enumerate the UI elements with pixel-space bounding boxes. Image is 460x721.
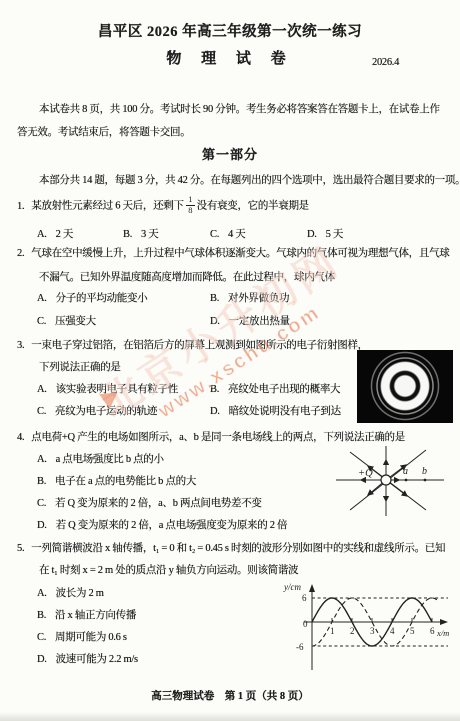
point-a-label: a: [403, 466, 408, 477]
xtick-1: 1: [330, 626, 335, 636]
ytick-0: 0: [303, 619, 308, 629]
option-label: C.: [37, 632, 46, 643]
q4-number: 4.: [17, 432, 24, 443]
x-axis-label: x/m: [436, 628, 449, 638]
option-text: 亮纹处电子出现的概率大: [228, 384, 340, 395]
option-label: C.: [37, 316, 46, 327]
option-label: D.: [307, 229, 317, 240]
option-label: A.: [37, 229, 47, 240]
option-label: B.: [210, 293, 219, 304]
option-label: B.: [37, 476, 46, 487]
q1-option-c: C.4 天: [210, 226, 246, 241]
notice-line-2: 答无效。考试结束后，将答题卡交回。: [17, 124, 190, 139]
option-label: D.: [210, 316, 220, 327]
option-label: D.: [37, 654, 47, 665]
q4-option-b: B.电子在 a 点的电势能比 b 点的大: [37, 473, 196, 488]
q4-option-a: A.a 点电场强度比 b 点的小: [37, 451, 164, 466]
q2-stem-line1: 2.气球在空中缓慢上升，上升过程中气球体积逐渐变大。气球内的气体可视为理想气体，…: [17, 245, 449, 260]
option-text: 3 天: [141, 229, 158, 240]
part1-heading: 第一部分: [0, 144, 460, 163]
q3-stem-line1: 3.一束电子穿过铝箔，在铝箔后方的屏幕上观测到如图所示的电子衍射图样，: [17, 337, 368, 352]
q1-option-d: D.5 天: [307, 226, 343, 241]
option-text: 电子在 a 点的电势能比 b 点的大: [55, 476, 196, 487]
option-label: D.: [210, 406, 220, 417]
q3-stem-line2: 下列说法正确的是: [39, 359, 121, 374]
q5-stem-line2: 在 t₁ 时刻 x = 2 m 处的质点沿 y 轴负方向运动。则该简谐波: [39, 562, 298, 577]
scan-edge-shadow: [0, 712, 460, 721]
option-label: C.: [210, 229, 219, 240]
option-label: A.: [37, 293, 47, 304]
notice-line-1: 本试卷共 8 页，共 100 分。考试时长 90 分钟。考生务必将答案答在答题卡…: [39, 101, 440, 116]
q1-stem-post: 没有衰变，它的半衰期是: [197, 201, 309, 212]
exam-page: 昌平区 2026 年高三年级第一次统一练习 物 理 试 卷 2026.4 本试卷…: [0, 0, 460, 721]
xtick-5: 5: [410, 626, 415, 636]
option-text: 对外界做负功: [228, 293, 289, 304]
point-charge-field-figure: +Q a b: [330, 440, 460, 540]
q3-option-d: D.暗纹处说明没有电子到达: [210, 403, 341, 418]
q2-number: 2.: [17, 248, 24, 259]
x-ticks: [332, 618, 432, 622]
point-b-dot: [424, 479, 427, 482]
page-title: 昌平区 2026 年高三年级第一次统一练习: [0, 20, 460, 41]
charge-circle: [381, 475, 391, 485]
q3-stem-text: 一束电子穿过铝箔，在铝箔后方的屏幕上观测到如图所示的电子衍射图样，: [31, 340, 368, 351]
option-label: B.: [210, 384, 219, 395]
option-label: A.: [37, 454, 47, 465]
q5-option-a: A.波长为 2 m: [37, 585, 104, 600]
electron-diffraction-figure: [357, 350, 453, 423]
part1-intro: 本部分共 14 题，每题 3 分，共 42 分。在每题列出的四个选项中，选出最符…: [39, 172, 460, 187]
ytick-neg6: -6: [296, 642, 304, 652]
option-label: B.: [37, 610, 46, 621]
x-axis-arrow: [440, 619, 448, 625]
q5-option-c: C.周期可能为 0.6 s: [37, 629, 127, 644]
option-text: 分子的平均动能变小: [56, 293, 148, 304]
q2-option-b: B.对外界做负功: [210, 290, 289, 305]
option-label: B.: [123, 229, 132, 240]
q3-option-c: C.亮纹为电子运动的轨迹: [37, 403, 157, 418]
option-label: D.: [37, 520, 47, 531]
option-text: 一定放出热量: [229, 316, 290, 327]
q3-option-b: B.亮纹处电子出现的概率大: [210, 381, 340, 396]
q1-stem: 1.某放射性元素经过 6 天后，还剩下18没有衰变，它的半衰期是: [17, 195, 309, 216]
fraction-one-eighth: 18: [186, 195, 195, 216]
option-label: A.: [37, 588, 47, 599]
q4-option-d: D.若 Q 变为原来的 2 倍，a 点电场强度变为原来的 2 倍: [37, 517, 287, 532]
option-text: 周期可能为 0.6 s: [55, 632, 127, 643]
option-text: 5 天: [326, 229, 343, 240]
q5-stem-text: 一列简谐横波沿 x 轴传播，t₁ = 0 和 t₂ = 0.45 s 时刻的波形…: [31, 543, 445, 554]
option-text: 压强变大: [55, 316, 96, 327]
option-text: 2 天: [56, 229, 73, 240]
option-label: C.: [37, 498, 46, 509]
xtick-2: 2: [350, 626, 355, 636]
option-text: 4 天: [228, 229, 245, 240]
q5-number: 5.: [17, 543, 24, 554]
xtick-6: 6: [430, 626, 435, 636]
option-label: C.: [37, 406, 46, 417]
exam-date: 2026.4: [372, 57, 399, 68]
q3-option-a: A.该实验表明电子具有粒子性: [37, 381, 178, 396]
option-text: 若 Q 变为原来的 2 倍，a、b 两点间电势差不变: [55, 498, 262, 509]
q2-option-a: A.分子的平均动能变小: [37, 290, 147, 305]
q5-option-d: D.波速可能为 2.2 m/s: [37, 651, 138, 666]
point-b-label: b: [422, 466, 427, 477]
q3-number: 3.: [17, 340, 24, 351]
q1-number: 1.: [17, 201, 24, 212]
q5-option-b: B.沿 x 轴正方向传播: [37, 607, 136, 622]
option-text: 亮纹为电子运动的轨迹: [55, 406, 157, 417]
fraction-numerator: 1: [186, 195, 195, 206]
option-text: 该实验表明电子具有粒子性: [56, 384, 178, 395]
option-text: 沿 x 轴正方向传播: [55, 610, 136, 621]
q1-option-a: A.2 天: [37, 226, 73, 241]
option-text: 波速可能为 2.2 m/s: [56, 654, 138, 665]
q2-stem-line2: 不漏气。已知外界温度随高度增加而降低。在此过程中，球内气体: [39, 269, 335, 284]
q5-stem-line1: 5.一列简谐横波沿 x 轴传播，t₁ = 0 和 t₂ = 0.45 s 时刻的…: [17, 540, 445, 555]
y-axis-arrow: [309, 584, 315, 592]
option-label: A.: [37, 384, 47, 395]
fraction-denominator: 8: [186, 206, 195, 216]
option-text: 若 Q 变为原来的 2 倍，a 点电场强度变为原来的 2 倍: [56, 520, 288, 531]
q2-stem-text: 气球在空中缓慢上升，上升过程中气球体积逐渐变大。气球内的气体可视为理想气体，且气…: [31, 248, 449, 259]
charge-label: +Q: [358, 468, 373, 479]
q2-option-d: D.一定放出热量: [210, 313, 290, 328]
option-text: 暗纹处说明没有电子到达: [229, 406, 341, 417]
page-footer: 高三物理试卷 第 1 页（共 8 页）: [0, 688, 460, 703]
option-text: 波长为 2 m: [56, 588, 104, 599]
xtick-3: 3: [370, 626, 375, 636]
ytick-6: 6: [302, 593, 307, 603]
q1-option-b: B.3 天: [123, 226, 159, 241]
point-a-dot: [405, 479, 408, 482]
wave-graph-figure: y/cm 6 0 -6 1 2 3 4 5 6 x/m: [282, 580, 458, 678]
xtick-4: 4: [390, 626, 395, 636]
q4-option-c: C.若 Q 变为原来的 2 倍，a、b 两点间电势差不变: [37, 495, 262, 510]
q1-stem-pre: 某放射性元素经过 6 天后，还剩下: [31, 201, 183, 212]
y-axis-label: y/cm: [283, 582, 301, 592]
option-text: a 点电场强度比 b 点的小: [56, 454, 164, 465]
q2-option-c: C.压强变大: [37, 313, 96, 328]
